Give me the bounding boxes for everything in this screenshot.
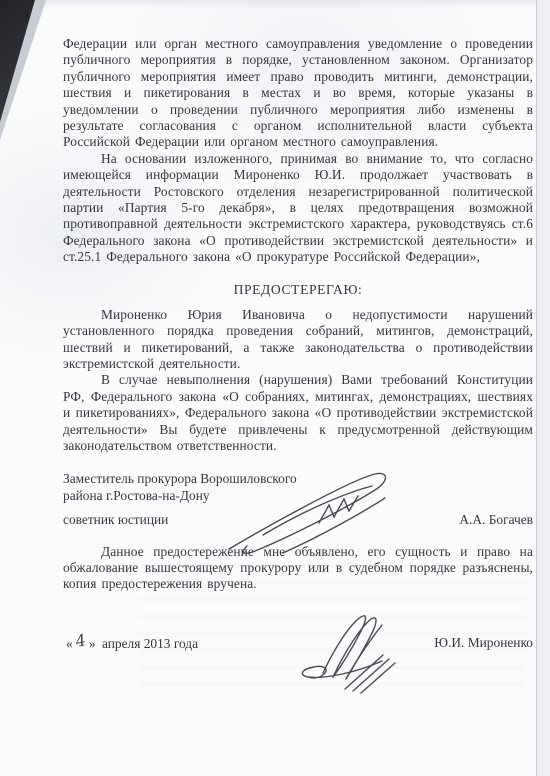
- body-paragraph-1: Федерации или орган местного самоуправле…: [63, 36, 533, 151]
- page-right-edge: [536, 0, 550, 776]
- official-title-line1: Заместитель прокурора Ворошиловского: [63, 471, 533, 487]
- date-signature-row: «4» апреля 2013 года Ю.И. Мироненко: [63, 635, 533, 652]
- warning-paragraph-1: Мироненко Юрия Ивановича о недопустимост…: [63, 307, 533, 373]
- close-quote: »: [86, 636, 99, 651]
- body-paragraph-2: На основании изложенного, принимая во вн…: [63, 151, 533, 266]
- warning-paragraph-2: В случае невыполнения (нарушения) Вами т…: [63, 372, 533, 454]
- scanned-document-page: Федерации или орган местного самоуправле…: [0, 0, 550, 776]
- acknowledgement-paragraph: Данное предостережение мне объявлено, ег…: [63, 544, 533, 593]
- official-title-line2: района г.Ростова-на-Дону: [63, 488, 533, 504]
- warning-heading: ПРЕДОСТЕРЕГАЮ:: [63, 282, 533, 298]
- official-rank: советник юстиции: [63, 512, 168, 528]
- document-body: Федерации или орган местного самоуправле…: [63, 36, 533, 652]
- official-signature-block: Заместитель прокурора Ворошиловского рай…: [63, 471, 533, 528]
- date-text: «4» апреля 2013 года: [63, 635, 198, 652]
- official-name: А.А. Богачев: [459, 512, 533, 528]
- date-month-year: апреля 2013 года: [102, 636, 198, 651]
- recipient-name: Ю.И. Мироненко: [434, 635, 533, 652]
- recipient-signature: [285, 611, 420, 703]
